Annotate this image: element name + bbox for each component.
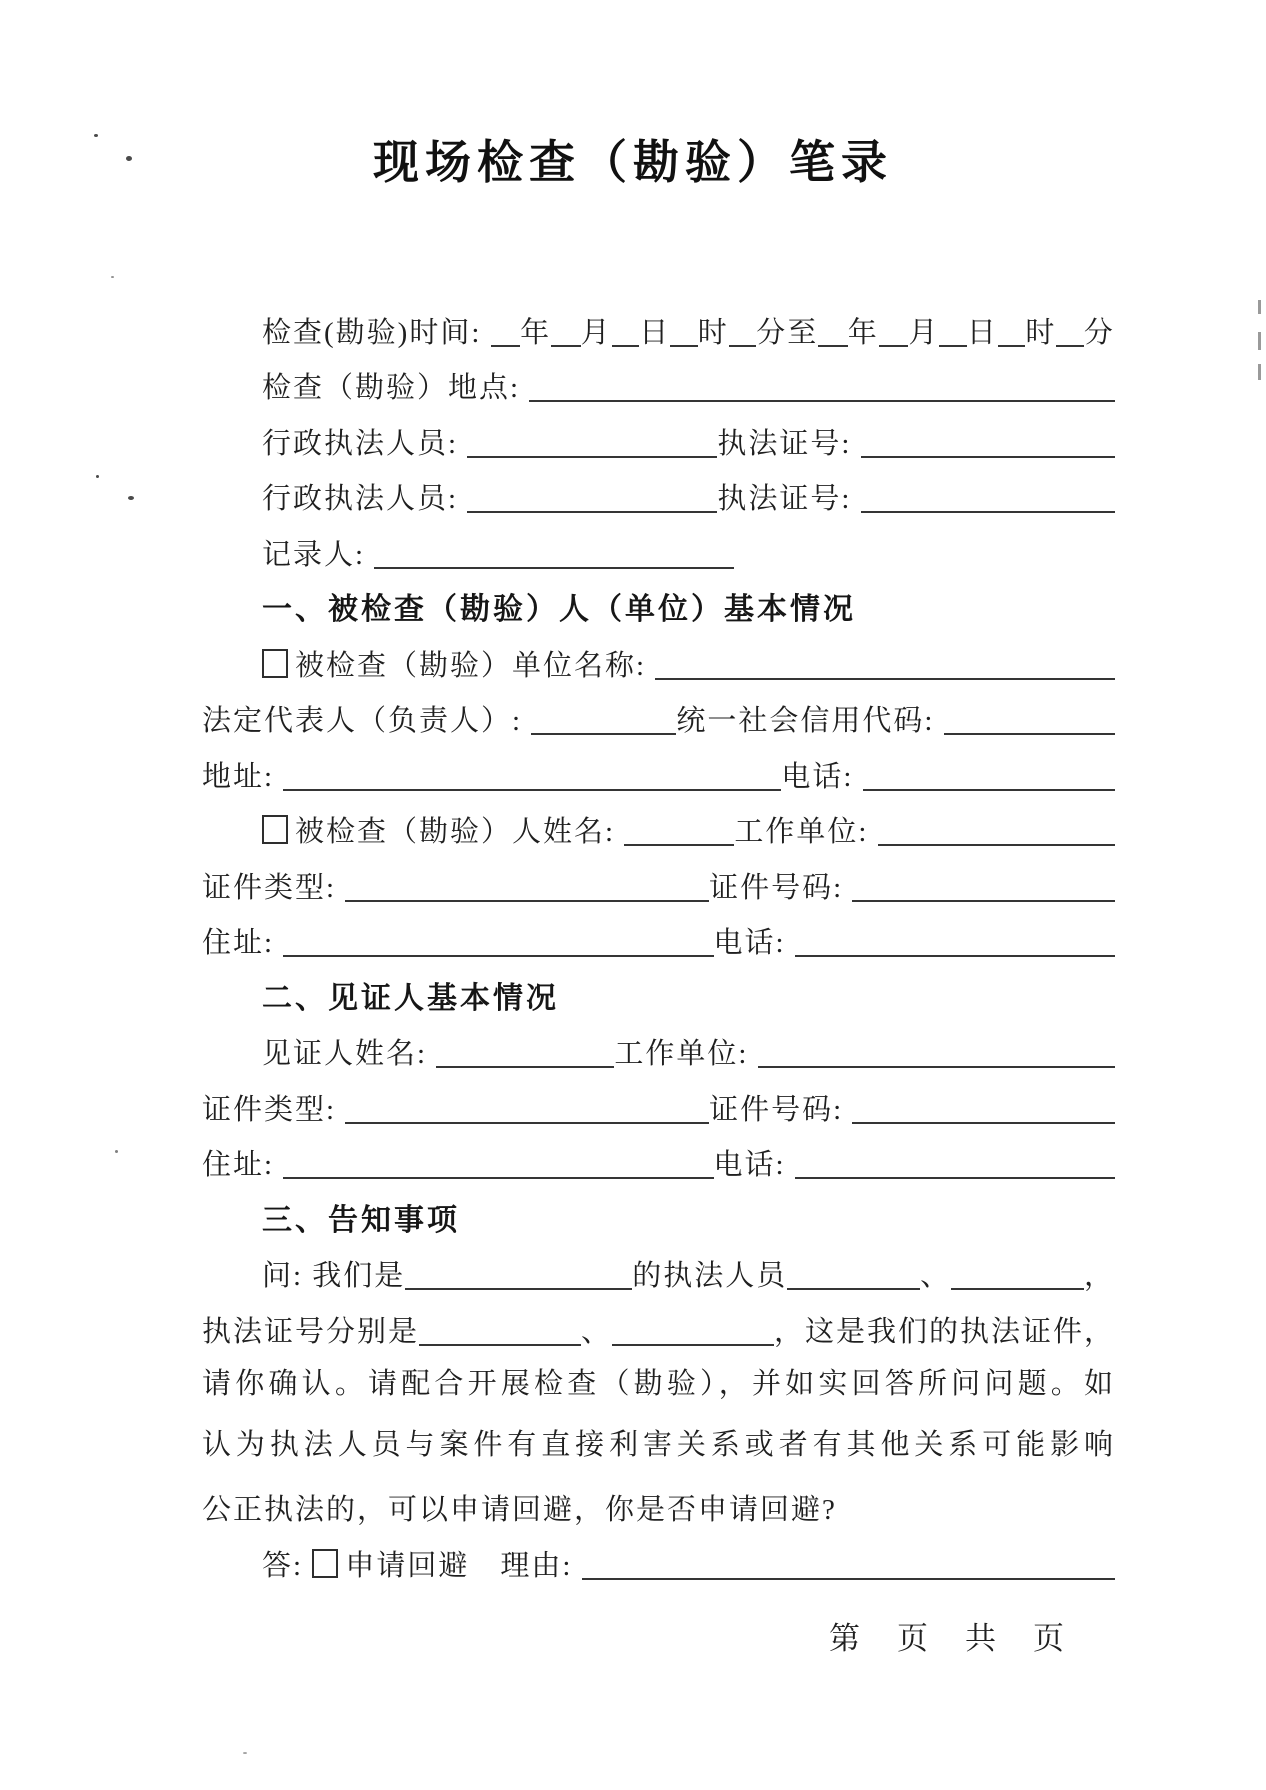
label-text: 二、见证人基本情况 [262,976,559,1022]
scan-edge-artifact [1258,300,1261,314]
label-text: 时 [1025,310,1056,356]
form-line: 证件类型: 证件号码: [202,855,1115,911]
blank-field [852,1122,1115,1124]
form-line: 检查(勘验)时间: 年月日时分至年月日时分 [202,300,1115,356]
form-line: 请你确认。请配合开展检查（勘验），并如实回答所问问题。如 [202,1355,1115,1417]
blank-field [283,955,713,957]
checkbox-icon [262,649,288,678]
scan-speckle [115,1150,118,1153]
label-text: 年 [848,310,879,356]
blank-field [944,733,1115,735]
blank-field [419,1344,581,1346]
label-text: 电话: [714,920,795,966]
label-text: 、 [581,1309,612,1355]
form-line: 公正执法的，可以申请回避，你是否申请回避? [202,1478,1115,1534]
blank-field [612,345,640,347]
section-heading: 一、被检查（勘验）人（单位）基本情况 [202,578,1115,634]
label-text: 年 [520,310,551,356]
form-lines: 检查(勘验)时间: 年月日时分至年月日时分检查（勘验）地点: 行政执法人员: 执… [202,300,1115,1589]
blank-field [345,1122,709,1124]
label-text: 执法证号: [717,476,860,522]
blank-field [467,456,717,458]
page-footer: 第 页 共 页 [202,1619,1115,1659]
label-text: ， [1084,1253,1115,1299]
label-text: 电话: [781,754,862,800]
form-line: 被检查（勘验）单位名称: [202,633,1115,689]
form-line: 地址: 电话: [202,744,1115,800]
label-text: 问: 我们是 [262,1253,405,1299]
blank-field [529,400,1115,402]
label-text: ，这是我们的执法证件， [774,1309,1115,1355]
label-text: 统一社会信用代码: [676,698,943,744]
form-line: 住址: 电话: [202,911,1115,967]
blank-field [787,1288,920,1290]
blank-field [939,345,967,347]
blank-field [1056,345,1084,347]
scan-edge-artifact [1258,332,1261,350]
label-text: 执法证号分别是 [202,1309,419,1355]
blank-field [624,844,734,846]
scan-speckle [94,134,98,137]
blank-field [951,1288,1084,1290]
label-text: 答: [262,1543,312,1589]
label-text: 住址: [202,1142,283,1188]
label-text: 电话: [714,1142,795,1188]
blank-field [405,1288,632,1290]
label-text: 分 [1084,310,1115,356]
blank-field [863,789,1115,791]
label-text: 月 [908,310,939,356]
blank-field [861,456,1115,458]
label-text: 申请回避 理由: [345,1543,581,1589]
label-text: 证件号码: [709,1087,852,1133]
blank-field [795,955,1115,957]
label-text: 日 [967,310,998,356]
label-text: 、 [920,1253,951,1299]
label-text: 三、告知事项 [262,1198,460,1244]
scan-speckle [126,156,132,161]
label-text: 地址: [202,754,283,800]
blank-field [878,844,1115,846]
blank-field [998,345,1026,347]
blank-field [612,1344,774,1346]
blank-field [283,1177,713,1179]
label-text: 检查(勘验)时间: [262,310,491,356]
form-line: 证件类型: 证件号码: [202,1077,1115,1133]
form-line: 住址: 电话: [202,1133,1115,1189]
document-title: 现场检查（勘验）笔录 [0,126,1266,192]
blank-field [795,1177,1115,1179]
label-text: 工作单位: [734,809,877,855]
label-text: 见证人姓名: [262,1031,436,1077]
blank-field [879,345,909,347]
section-heading: 二、见证人基本情况 [202,966,1115,1022]
scan-speckle [243,1752,247,1754]
label-text: 住址: [202,920,283,966]
blank-field [551,345,581,347]
form-line: 检查（勘验）地点: [202,356,1115,412]
scan-speckle [128,496,134,500]
form-line: 见证人姓名: 工作单位: [202,1022,1115,1078]
scanned-document-page: 现场检查（勘验）笔录 检查(勘验)时间: 年月日时分至年月日时分检查（勘验）地点… [0,0,1266,1790]
checkbox-icon [262,815,288,844]
blank-field [818,345,848,347]
blank-field [467,511,717,513]
blank-field [655,678,1115,680]
label-text: 被检查（勘验）人姓名: [295,809,624,855]
form-line: 行政执法人员: 执法证号: [202,467,1115,523]
label-text: 被检查（勘验）单位名称: [295,643,655,689]
label-text: 行政执法人员: [262,421,467,467]
form-line: 认为执法人员与案件有直接利害关系或者有其他关系可能影响 [202,1416,1115,1478]
form-line: 法定代表人（负责人）: 统一社会信用代码: [202,689,1115,745]
label-text: 的执法人员 [632,1253,787,1299]
blank-field [861,511,1115,513]
label-text: 执法证号: [717,421,860,467]
section-heading: 三、告知事项 [202,1188,1115,1244]
label-text: 一、被检查（勘验）人（单位）基本情况 [262,587,856,633]
checkbox-icon [312,1549,338,1578]
label-text: 公正执法的，可以申请回避，你是否申请回避? [202,1487,837,1533]
label-text: 记录人: [262,532,374,578]
label-text: 行政执法人员: [262,476,467,522]
label-text: 日 [639,310,670,356]
blank-field [582,1578,1115,1580]
label-text: 月 [581,310,612,356]
label-text: 证件号码: [709,865,852,911]
form-line: 被检查（勘验）人姓名: 工作单位: [202,800,1115,856]
form-line: 记录人: [202,522,1115,578]
form-line: 答: 申请回避 理由: [202,1533,1115,1589]
label-text: 法定代表人（负责人）: [202,698,531,744]
label-text: 检查（勘验）地点: [262,365,529,411]
label-text: 分至 [756,310,818,356]
label-text: 时 [698,310,729,356]
blank-field [436,1066,614,1068]
scan-speckle [111,276,114,278]
blank-field [283,789,781,791]
scan-speckle [96,475,99,478]
blank-field [729,345,757,347]
blank-field [758,1066,1115,1068]
blank-field [374,567,734,569]
form-line: 问: 我们是的执法人员、， [202,1244,1115,1300]
blank-field [491,345,521,347]
label-text: 证件类型: [202,865,345,911]
blank-field [345,900,709,902]
label-text: 证件类型: [202,1087,345,1133]
label-text: 工作单位: [614,1031,757,1077]
blank-field [531,733,676,735]
form-line: 执法证号分别是、，这是我们的执法证件， [202,1299,1115,1355]
form-body: 检查(勘验)时间: 年月日时分至年月日时分检查（勘验）地点: 行政执法人员: 执… [202,300,1115,1659]
blank-field [670,345,698,347]
form-line: 行政执法人员: 执法证号: [202,411,1115,467]
scan-edge-artifact [1258,364,1261,380]
blank-field [852,900,1115,902]
